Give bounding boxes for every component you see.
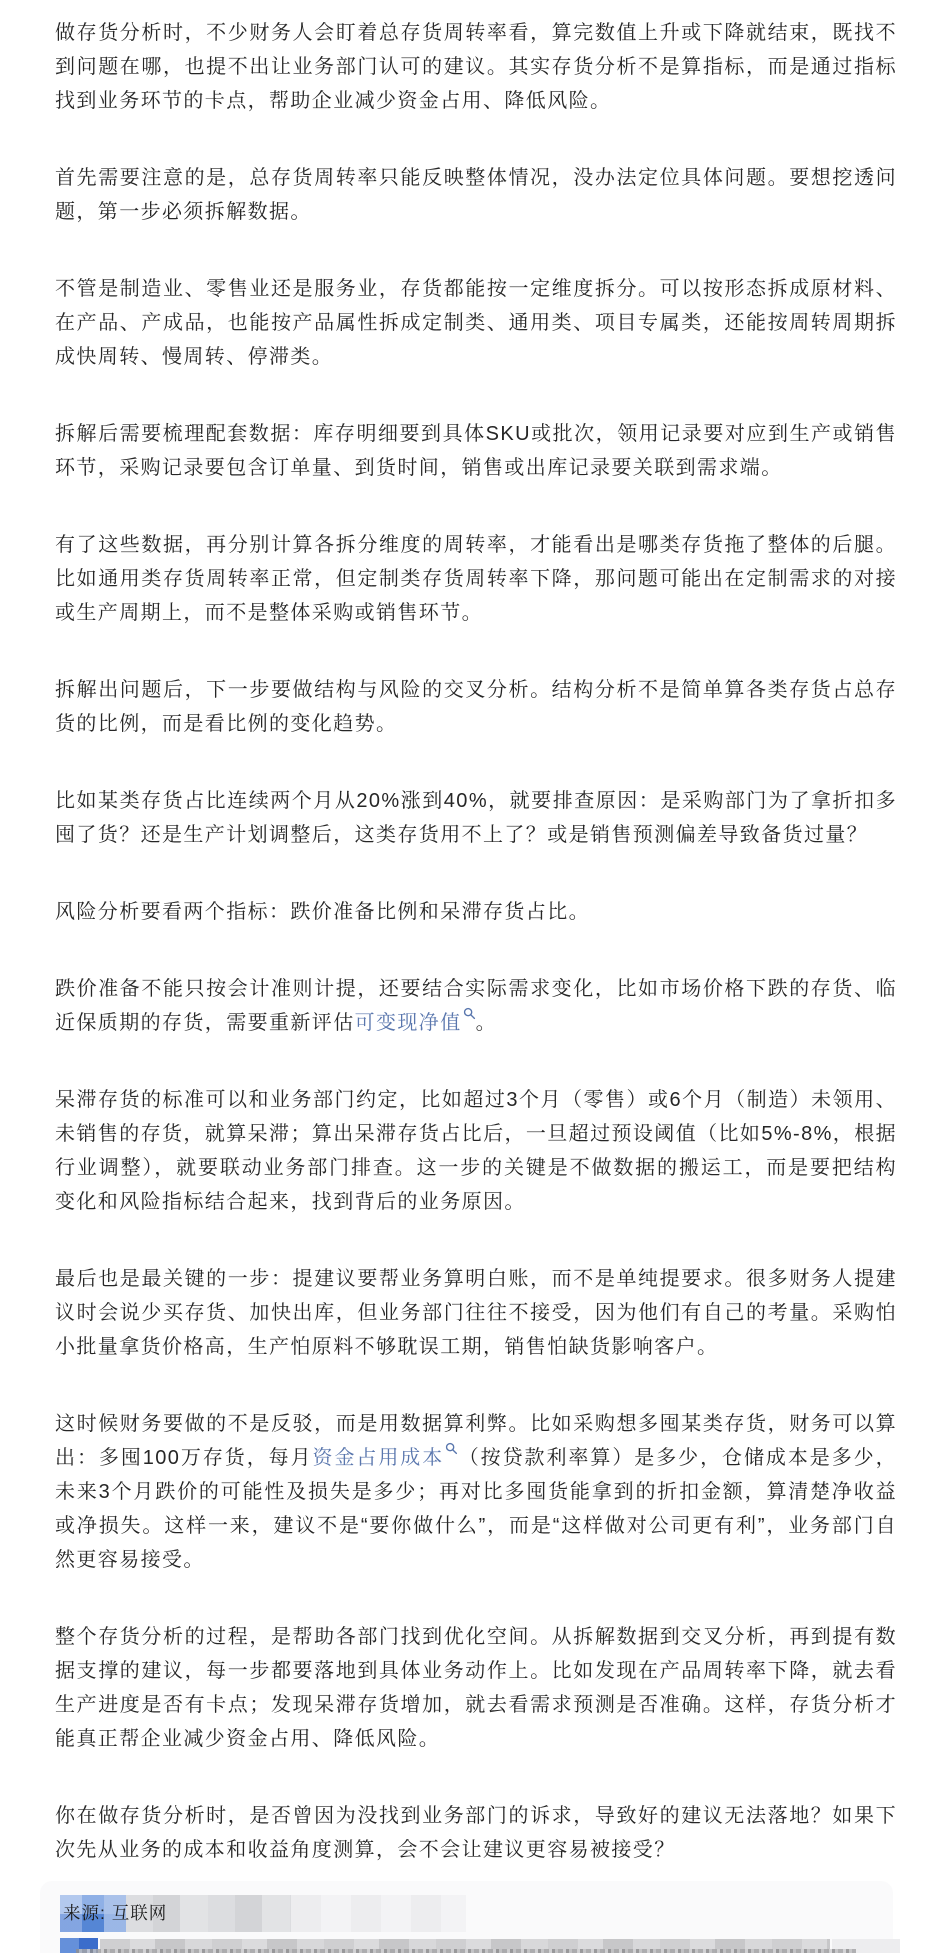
term-link-label: 可变现净值 — [355, 1012, 462, 1034]
paragraph-5: 有了这些数据，再分别计算各拆分维度的周转率，才能看出是哪类存货拖了整体的后腿。比… — [55, 528, 897, 630]
term-link-label: 资金占用成本 — [313, 1447, 445, 1469]
paragraph-8: 风险分析要看两个指标：跌价准备比例和呆滞存货占比。 — [55, 895, 897, 929]
search-icon — [445, 1442, 458, 1455]
paragraph-7: 比如某类存货占比连续两个月从20%涨到40%，就要排查原因：是采购部门为了拿折扣… — [55, 784, 897, 852]
source-card: 来源: 互联网 — [40, 1881, 893, 1953]
paragraph-10: 呆滞存货的标准可以和业务部门约定，比如超过3个月（零售）或6个月（制造）未领用、… — [55, 1083, 897, 1219]
paragraph-14: 你在做存货分析时，是否曾因为没找到业务部门的诉求，导致好的建议无法落地？如果下次… — [55, 1799, 897, 1867]
paragraph-1: 做存货分析时，不少财务人会盯着总存货周转率看，算完数值上升或下降就结束，既找不到… — [55, 16, 897, 118]
paragraph-11: 最后也是最关键的一步：提建议要帮业务算明白账，而不是单纯提要求。很多财务人提建议… — [55, 1262, 897, 1364]
paragraph-3: 不管是制造业、零售业还是服务业，存货都能按一定维度拆分。可以按形态拆成原材料、在… — [55, 272, 897, 374]
term-link-capital-occupation-cost[interactable]: 资金占用成本 — [313, 1447, 459, 1469]
paragraph-4: 拆解后需要梳理配套数据：库存明细要到具体SKU或批次，领用记录要对应到生产或销售… — [55, 417, 897, 485]
paragraph-9-text-after: 。 — [476, 1012, 497, 1034]
source-label: 来源: 互联网 — [63, 1895, 167, 1932]
term-link-net-realizable-value[interactable]: 可变现净值 — [355, 1012, 476, 1034]
paragraph-2: 首先需要注意的是，总存货周转率只能反映整体情况，没办法定位具体问题。要想挖透问题… — [55, 161, 897, 229]
paragraph-9: 跌价准备不能只按会计准则计提，还要结合实际需求变化，比如市场价格下跌的存货、临近… — [55, 972, 897, 1040]
search-icon — [463, 1007, 476, 1020]
page: { "page": { "background": "#ffffff", "te… — [0, 0, 952, 1953]
censored-text-strip — [76, 1949, 856, 1953]
paragraph-13: 整个存货分析的过程，是帮助各部门找到优化空间。从拆解数据到交叉分析，再到提有数据… — [55, 1620, 897, 1756]
paragraph-12: 这时候财务要做的不是反驳，而是用数据算利弊。比如采购想多囤某类存货，财务可以算出… — [55, 1407, 897, 1577]
paragraph-6: 拆解出问题后，下一步要做结构与风险的交叉分析。结构分析不是简单算各类存货占总存货… — [55, 673, 897, 741]
censored-mosaic-gray — [291, 1895, 466, 1932]
article: 做存货分析时，不少财务人会盯着总存货周转率看，算完数值上升或下降就结束，既找不到… — [0, 0, 952, 1867]
